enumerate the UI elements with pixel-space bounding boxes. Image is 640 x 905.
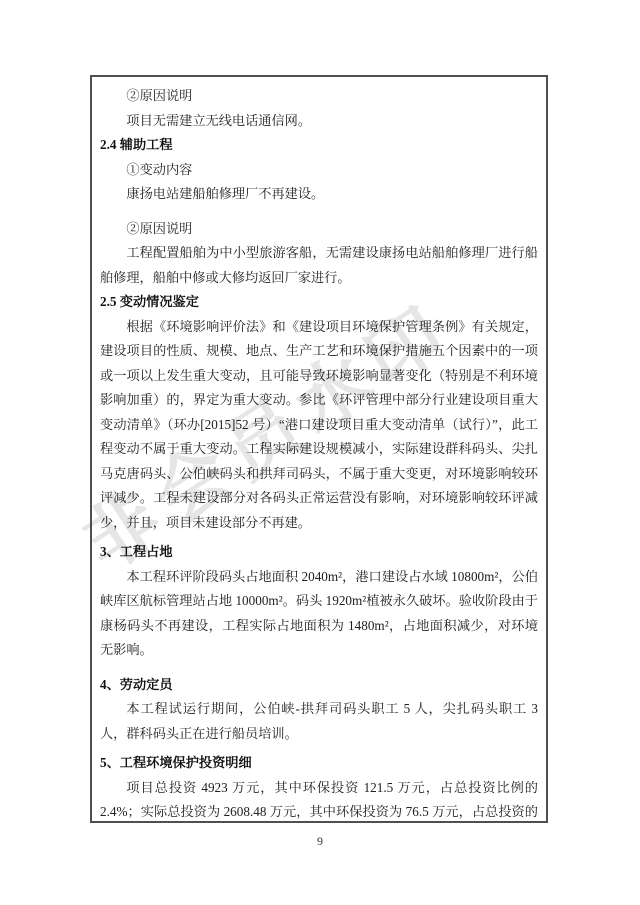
- document-page: 非会员水印 ②原因说明 项目无需建立无线电话通信网。 2.4 辅助工程 ①变动内…: [0, 0, 640, 905]
- paragraph-ship-config: 工程配置船舶为中小型旅游客船，无需建设康扬电站船舶修理厂进行船舶修理，船舶中修或…: [100, 241, 538, 290]
- reason-label: ②原因说明: [100, 217, 538, 242]
- section-heading-5: 5、工程环境保护投资明细: [100, 751, 538, 776]
- section-heading-2-4: 2.4 辅助工程: [100, 133, 538, 158]
- paragraph-staffing: 本工程试运行期间，公伯峡-拱拜司码头职工 5 人，尖扎码头职工 3 人，群科码头…: [100, 697, 538, 746]
- change-content-label: ①变动内容: [100, 158, 538, 183]
- report-table-cell: ②原因说明 项目无需建立无线电话通信网。 2.4 辅助工程 ①变动内容 康扬电站…: [90, 75, 548, 823]
- section-heading-3: 3、工程占地: [100, 540, 538, 565]
- paragraph-investment: 项目总投资 4923 万元，其中环保投资 121.5 万元，占总投资比例的 2.…: [100, 776, 538, 824]
- section-heading-2-5: 2.5 变动情况鉴定: [100, 290, 538, 315]
- paragraph-change-assess: 根据《环境影响评价法》和《建设项目环境保护管理条例》有关规定，建设项目的性质、规…: [100, 315, 538, 536]
- paragraph-no-wireless: 项目无需建立无线电话通信网。: [100, 109, 538, 134]
- paragraph-shipyard: 康扬电站建船舶修理厂不再建设。: [100, 182, 538, 207]
- reason-label: ②原因说明: [100, 84, 538, 109]
- paragraph-land-use: 本工程环评阶段码头占地面积 2040m²，港口建设占水域 10800m²，公伯峡…: [100, 565, 538, 663]
- section-heading-4: 4、劳动定员: [100, 673, 538, 698]
- page-number: 9: [0, 834, 640, 849]
